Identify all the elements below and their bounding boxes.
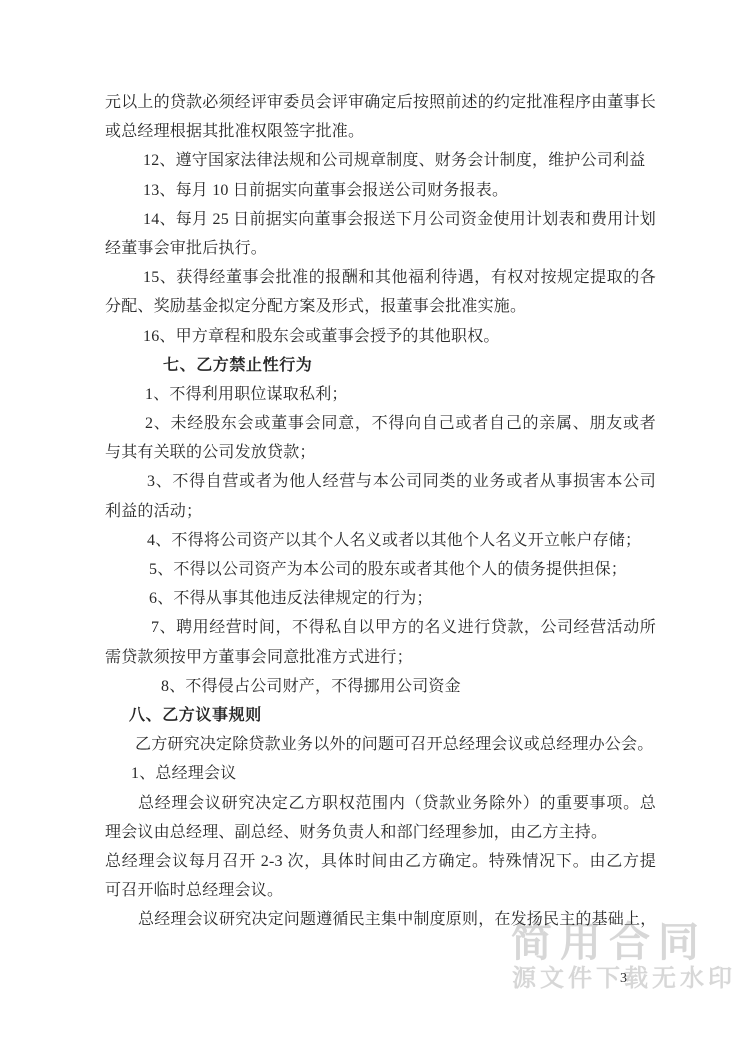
- text-line: 乙方研究决定除贷款业务以外的问题可召开总经理会议或总经理办公会。: [105, 730, 656, 759]
- section-heading: 七、乙方禁止性行为: [105, 351, 656, 380]
- text-line: 6、不得从事其他违反法律规定的行为；: [105, 584, 656, 613]
- text-line: 或总经理根据其批准权限签字批准。: [105, 117, 656, 146]
- text-line: 4、不得将公司资产以其个人名义或者以其他个人名义开立帐户存储；: [105, 526, 656, 555]
- text-line: 12、遵守国家法律法规和公司规章制度、财务会计制度，维护公司利益: [105, 146, 656, 175]
- text-line: 2、未经股东会或董事会同意，不得向自己或者自己的亲属、朋友或者: [105, 409, 656, 438]
- text-line: 总经理会议研究决定乙方职权范围内（贷款业务除外）的重要事项。总经: [105, 789, 656, 818]
- text-line: 与其有关联的公司发放贷款；: [105, 438, 656, 467]
- text-line: 14、每月 25 日前据实向董事会报送下月公司资金使用计划表和费用计划表，: [105, 205, 656, 234]
- text-line: 总经理会议每月召开 2-3 次，具体时间由乙方确定。特殊情况下。由乙方提出，: [105, 847, 656, 876]
- text-line: 7、聘用经营时间，不得私自以甲方的名义进行贷款，公司经营活动所: [105, 613, 656, 642]
- text-line: 可召开临时总经理会议。: [105, 876, 656, 905]
- text-line: 15、获得经董事会批准的报酬和其他福利待遇，有权对按规定提取的各项: [105, 263, 656, 292]
- text-line: 16、甲方章程和股东会或董事会授予的其他职权。: [105, 322, 656, 351]
- document-body: 元以上的贷款必须经评审委员会评审确定后按照前述的约定批准程序由董事长或总经理根据…: [105, 88, 656, 934]
- text-line: 5、不得以公司资产为本公司的股东或者其他个人的债务提供担保；: [105, 555, 656, 584]
- text-line: 1、不得利用职位谋取私利；: [105, 380, 656, 409]
- text-line: 总经理会议研究决定问题遵循民主集中制度原则，在发扬民主的基础上，: [105, 905, 656, 934]
- text-line: 经董事会审批后执行。: [105, 234, 656, 263]
- text-line: 利益的活动；: [105, 497, 656, 526]
- text-line: 3、不得自营或者为他人经营与本公司同类的业务或者从事损害本公司: [105, 467, 656, 496]
- text-line: 理会议由总经理、副总经、财务负责人和部门经理参加，由乙方主持。: [105, 818, 656, 847]
- text-line: 分配、奖励基金拟定分配方案及形式，报董事会批准实施。: [105, 292, 656, 321]
- text-line: 13、每月 10 日前据实向董事会报送公司财务报表。: [105, 176, 656, 205]
- text-line: 需贷款须按甲方董事会同意批准方式进行；: [105, 643, 656, 672]
- page-number: 3: [620, 971, 627, 987]
- text-line: 1、总经理会议: [105, 759, 656, 788]
- text-line: 8、不得侵占公司财产，不得挪用公司资金: [105, 672, 656, 701]
- text-line: 元以上的贷款必须经评审委员会评审确定后按照前述的约定批准程序由董事长: [105, 88, 656, 117]
- document-page: 元以上的贷款必须经评审委员会评审确定后按照前述的约定批准程序由董事长或总经理根据…: [0, 0, 742, 1049]
- section-heading: 八、乙方议事规则: [105, 701, 656, 730]
